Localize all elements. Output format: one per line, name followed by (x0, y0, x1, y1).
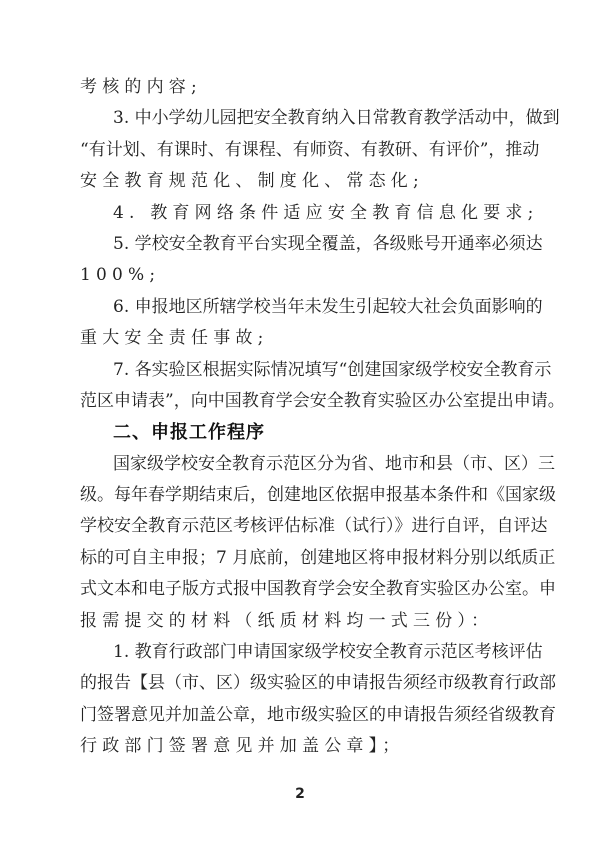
list-item-3: 3. 中小学幼儿园把安全教育纳入日常教育教学活动中，做到 (80, 103, 523, 134)
text-line: 考核的内容; (80, 72, 523, 103)
list-item-1: 1. 教育行政部门申请国家级学校安全教育示范区考核评估 (80, 637, 523, 668)
body-text: 考核的内容; 3. 中小学幼儿园把安全教育纳入日常教育教学活动中，做到 “有计划… (80, 72, 523, 763)
paragraph-line: 报需提交的材料（纸质材料均一式三份）： (80, 606, 523, 637)
text-line: 范区申请表”，向中国教育学会安全教育实验区办公室提出申请。 (80, 386, 523, 417)
list-item-6: 6. 申报地区所辖学校当年未发生引起较大社会负面影响的 (80, 292, 523, 323)
text-line: 行政部门签署意见并加盖公章】； (80, 731, 523, 762)
text-line: 的报告【县（市、区）级实验区的申请报告须经市级教育行政部 (80, 668, 523, 699)
list-item-5: 5. 学校安全教育平台实现全覆盖，各级账号开通率必须达 (80, 229, 523, 260)
text-line: “有计划、有课时、有课程、有师资、有教研、有评价”，推动 (80, 135, 523, 166)
section-heading: 二、申报工作程序 (80, 417, 523, 448)
document-page: 考核的内容; 3. 中小学幼儿园把安全教育纳入日常教育教学活动中，做到 “有计划… (0, 0, 600, 848)
paragraph-line: 级。每年春学期结束后，创建地区依据申报基本条件和《国家级 (80, 480, 523, 511)
text-line: 门签署意见并加盖公章，地市级实验区的申请报告须经省级教育 (80, 700, 523, 731)
text-line: 100%; (80, 260, 523, 291)
text-line: 安全教育规范化、制度化、常态化; (80, 166, 523, 197)
paragraph-line: 式文本和电子版方式报中国教育学会安全教育实验区办公室。申 (80, 574, 523, 605)
list-item-7: 7. 各实验区根据实际情况填写“创建国家级学校安全教育示 (80, 355, 523, 386)
page-number: 2 (0, 786, 600, 802)
list-item-4: 4. 教育网络条件适应安全教育信息化要求; (80, 198, 523, 229)
paragraph-line: 国家级学校安全教育示范区分为省、地市和县（市、区）三 (80, 449, 523, 480)
paragraph-line: 标的可自主申报；7 月底前，创建地区将申报材料分别以纸质正 (80, 543, 523, 574)
text-line: 重大安全责任事故; (80, 323, 523, 354)
paragraph-line: 学校安全教育示范区考核评估标准（试行）》进行自评，自评达 (80, 511, 523, 542)
